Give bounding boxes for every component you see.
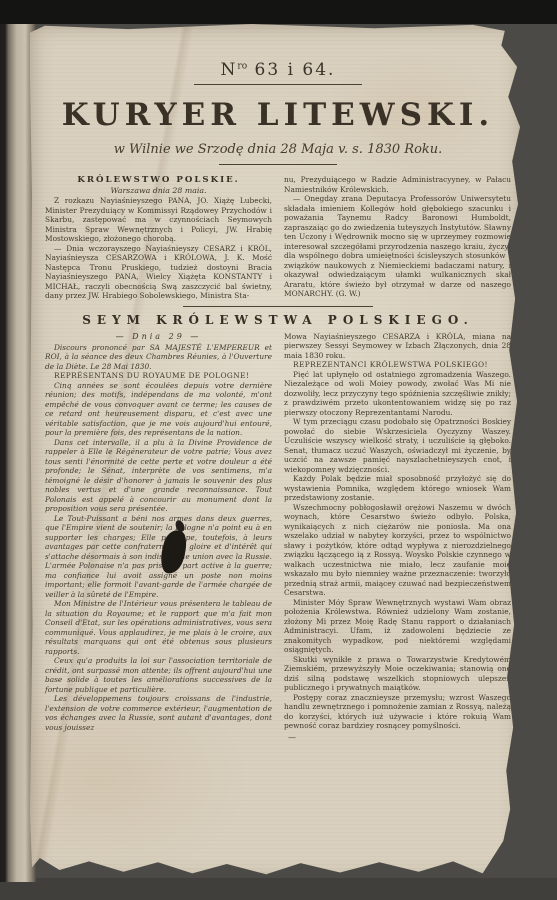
news-column-right: nu, Prezyduiącego w Radzie Administracyy… [284,175,511,301]
end-dash: — [284,733,511,742]
speech-paragraph: Postępy coraz znacznieysze przemysłu; wz… [284,693,511,731]
speech-intro-french: Discours prononcé par SA MAJESTÉ L'EMPER… [45,343,272,372]
section-divider-rule [183,306,373,307]
seym-section: — Dnia 29 — Discours prononcé par SA MAJ… [45,332,511,742]
speech-paragraph: Cinq années se sont écoulées depuis votr… [45,381,272,438]
issue-value: 63 i 64. [255,60,336,80]
speech-paragraph: W tym przeciągu czasu podobało się Opatr… [284,417,511,474]
speech-intro-polish: Mowa Nayiaśnieyszego CESARZA i KRÓLA, mi… [284,332,511,361]
newspaper-page: Nro 63 i 64. KURYER LITEWSKI. w Wilnie w… [30,24,522,882]
masthead: Nro 63 i 64. KURYER LITEWSKI. w Wilnie w… [45,60,511,165]
article-heading: KRÓLEWSTWO POLSKIE. [45,175,272,185]
article-paragraph: — Onegday zrana Deputacya Professorów Un… [284,194,511,299]
seym-date-line: — Dnia 29 — [45,332,272,341]
dateline-divider-rule [219,164,337,165]
speech-paragraph: Minister Móy Spraw Wewnętrznych wystawi … [284,598,511,655]
speech-paragraph: Każdy Polak będzie miał sposobność przył… [284,474,511,503]
speech-paragraph: Mon Ministre de l'Intérieur vous présent… [45,599,272,656]
seym-section-heading: SEYM KRÓLEWSTWA POLSKIEGO. [45,313,511,327]
issue-number: Nro 63 i 64. [45,60,511,80]
issue-divider-rule [194,84,362,85]
speech-paragraph: Wszechmocny pobłogosławił orężowi Naszem… [284,503,511,598]
issue-prefix: N [221,60,238,80]
speech-salutation-polish: REPREZENTANCI KRÓLEWSTWA POLSKIEGO! [284,360,511,370]
speech-paragraph: Ceux qu'a produits la loi sur l'associat… [45,656,272,694]
article-dateline: Warszawa dnia 28 maia. [45,186,272,195]
news-column-left: KRÓLEWSTWO POLSKIE. Warszawa dnia 28 mai… [45,175,272,301]
speech-paragraph: Le Tout-Puissant a béni nos armes dans d… [45,514,272,600]
masthead-dateline: w Wilnie we Srzodę dnia 28 Maja v. s. 18… [45,142,511,157]
speech-paragraph: Skutki wynikłe z prawa o Towarzystwie Kr… [284,655,511,693]
seym-column-right: Mowa Nayiaśnieyszego CESARZA i KRÓLA, mi… [284,332,511,742]
adjacent-page-edge [0,24,36,882]
newspaper-title: KURYER LITEWSKI. [45,97,511,133]
seym-column-left: — Dnia 29 — Discours prononcé par SA MAJ… [45,332,272,742]
speech-salutation-french: REPRÉSENTANS DU ROYAUME DE POLOGNE! [45,371,272,381]
speech-paragraph: Pięć lat upłynęło od ostatniego zgromadz… [284,370,511,418]
scan-bottom-shade [0,878,557,900]
speech-paragraph: Les développemens toujours croissans de … [45,694,272,732]
article-paragraph: nu, Prezyduiącego w Radzie Administracyy… [284,175,511,194]
issue-superscript: ro [237,61,247,71]
news-section: KRÓLEWSTWO POLSKIE. Warszawa dnia 28 mai… [45,175,511,301]
speech-paragraph: Dans cet intervalle, il a plu à la Divin… [45,438,272,514]
scan-top-border [0,0,557,24]
page-content: Nro 63 i 64. KURYER LITEWSKI. w Wilnie w… [30,24,522,742]
article-paragraph: Z rozkazu Nayiaśnieyszego PANA, JO. Xiąż… [45,196,272,244]
article-paragraph: — Dnia wczorayszego Nayiaśnieyszy CESARZ… [45,244,272,301]
